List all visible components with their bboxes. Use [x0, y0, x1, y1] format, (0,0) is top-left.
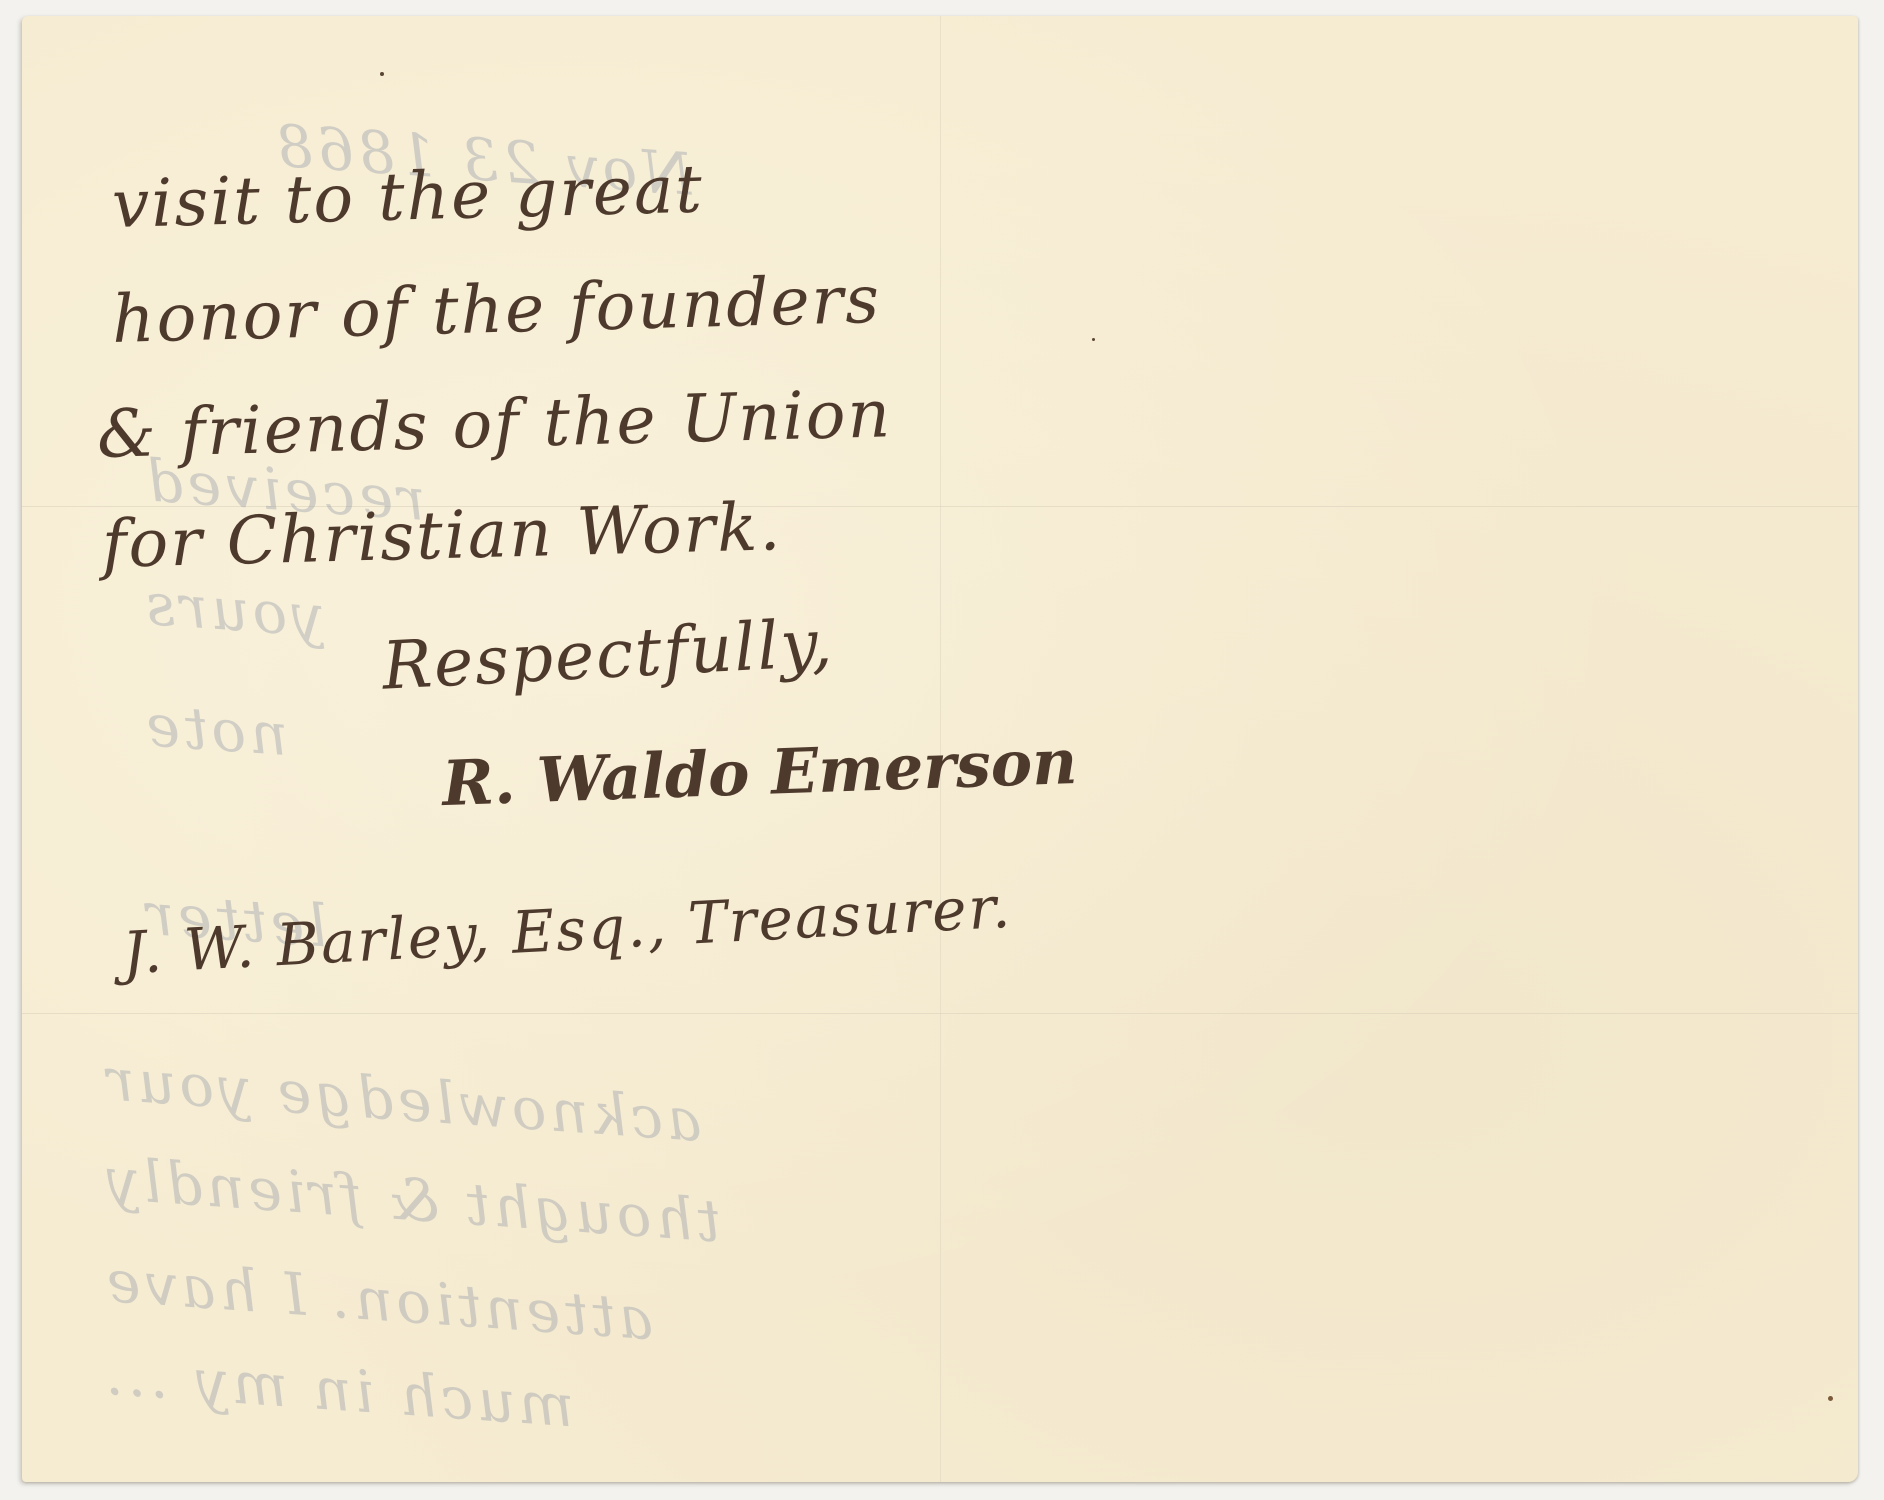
bleed-through-text: note: [140, 691, 290, 769]
paper-speck: [1092, 338, 1095, 341]
letter-body-line: honor of the founders: [111, 261, 882, 358]
horizontal-fold-line-lower: [22, 1013, 1858, 1014]
letter-body-line: visit to the great: [111, 151, 705, 243]
bleed-through-text: yours: [140, 570, 327, 651]
bleed-through-text: attention. I have: [100, 1247, 656, 1353]
letter-body-line: for Christian Work.: [101, 488, 783, 583]
bleed-through-text: much in my ...: [100, 1340, 576, 1441]
paper-speck: [1828, 1396, 1833, 1401]
letter-signature: R. Waldo Emerson: [441, 725, 1078, 820]
bleed-through-text: acknowledge your: [100, 1045, 704, 1155]
letter-body-line: & friends of the Union: [96, 375, 893, 473]
bleed-through-text: thought & friendly: [100, 1144, 722, 1255]
letter-page: Nov 23 1868 received yours note letter a…: [22, 16, 1858, 1482]
paper-speck: [380, 72, 384, 76]
letter-closing: Respectfully,: [380, 604, 835, 705]
